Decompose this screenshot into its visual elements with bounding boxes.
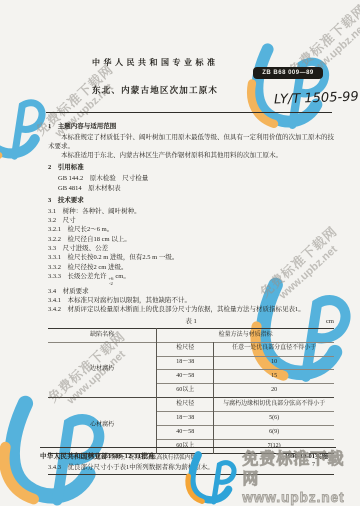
defect-name: 心材腐朽 <box>48 398 157 454</box>
clause-3-2-1: 3.2.1 检尺长2～6 m。 <box>48 225 334 234</box>
table-subheader-row: 心材腐朽 检尺径 与腐朽边缘相切优良部分弦高不得小于 <box>48 398 334 412</box>
section-2-heading: 2 引用标准 <box>48 163 334 172</box>
standard-code-badge: ZB B68 009—89 <box>253 67 323 79</box>
watermark-bottom-text: 免费标准下载网 www.upbz.net <box>242 450 360 506</box>
reference-item: GB 4814 原木材积表 <box>48 184 334 193</box>
watermark-site-url: www.upbz.net <box>242 490 360 506</box>
document-page: 免费标准下载网 www.upbz.net 免费标准下载网 www.upbz.ne… <box>0 0 360 506</box>
header-divider <box>46 112 332 113</box>
criterion-value: 15 <box>214 370 334 384</box>
section-3-heading: 3 技术要求 <box>48 196 334 205</box>
subheader-diameter: 检尺径 <box>157 398 214 412</box>
clause-3-2-2: 3.2.2 检尺径自18 cm 以上。 <box>48 235 334 244</box>
diameter-range: 18～38 <box>157 412 214 426</box>
diameter-range: 40～58 <box>157 370 214 384</box>
criterion-value: 10 <box>214 356 334 370</box>
clause-3-4: 3.4 材质要求 <box>48 287 334 296</box>
watermark-up-logo <box>181 450 238 506</box>
footer-divider <box>40 447 336 448</box>
clause-3-4-1: 3.4.1 本标准只对腐朽加以限制，其他缺陷不计。 <box>48 296 334 305</box>
table-header-row: 缺陷名称 检量方法与材质指标 <box>48 328 334 342</box>
subheader-criterion: 任意一处优良部分直径不得小于 <box>214 342 334 356</box>
criterion-value: 5(6) <box>214 412 334 426</box>
table-caption-row: 表 1 cm <box>48 317 334 326</box>
diameter-range: 40～58 <box>157 425 214 439</box>
table-1: 缺陷名称 检量方法与材质指标 边材腐朽 检尺径 任意一处优良部分直径不得小于 1… <box>48 328 334 454</box>
clause-3-3-2: 3.3.2 检尺径按2 cm 进级。 <box>48 263 334 272</box>
standard-authority-title: 中华人民共和国专业标准 <box>92 57 219 68</box>
diameter-range: 18～38 <box>157 356 214 370</box>
approval-statement: 中华人民共和国林业部1989-12-31批准 <box>40 451 155 460</box>
col-header-defect: 缺陷名称 <box>48 328 157 342</box>
table-subheader-row: 边材腐朽 检尺径 任意一处优良部分直径不得小于 <box>48 342 334 356</box>
clause-3-4-2: 3.4.2 材质评定以检量原木断面上的优良部分尺寸为依据，其检量方法与材质指标见… <box>48 305 334 314</box>
subheader-criterion: 与腐朽边缘相切优良部分弦高不得小于 <box>214 398 334 412</box>
watermark-bottom-right: 免费标准下载网 www.upbz.net <box>181 450 360 506</box>
tolerance-suffix: cm。 <box>115 273 129 280</box>
defect-name: 边材腐朽 <box>48 342 157 398</box>
clause-3-3-1: 3.3.1 检尺长按0.2 m 进级，但有2.5 m 一级。 <box>48 253 334 262</box>
criterion-value: 20 <box>214 384 334 398</box>
tolerance-fraction: +6-2 <box>109 277 114 287</box>
table-caption: 表 1 <box>48 317 310 326</box>
tolerance-lower: -2 <box>109 282 114 287</box>
document-body: 1 主题内容与适用范围 本标准规定了材质低于针、阔叶树加工用原木最低等级、但具有… <box>48 119 334 475</box>
reference-item: GB 144.2 原木检验 尺寸检量 <box>48 174 334 183</box>
col-header-method: 检量方法与材质指标 <box>157 328 334 342</box>
section-1-paragraph: 本标准规定了材质低于针、阔叶树加工用原木最低等级、但具有一定利用价值的次加工原木… <box>48 133 334 152</box>
clause-3-3-3: 3.3.3 长级公差允许+6-2cm。 <box>48 272 334 287</box>
clause-3-2: 3.2 尺寸 <box>48 216 334 225</box>
section-1-heading: 1 主题内容与适用范围 <box>48 122 334 131</box>
subheader-diameter: 检尺径 <box>157 342 214 356</box>
section-1-paragraph: 本标准适用于东北、内蒙古林区生产供作锯材原料和其他用料的次加工原木。 <box>48 151 334 160</box>
criterion-value: 6(9) <box>214 425 334 439</box>
clause-3-3: 3.3 尺寸进级、公差 <box>48 244 334 253</box>
standard-title: 东北、内蒙古地区次加工原木 <box>92 84 218 96</box>
diameter-range: 60以上 <box>157 384 214 398</box>
handwritten-standard-code: LY/T 1505-99 <box>274 90 359 108</box>
clause-3-1: 3.1 树种：各种针、阔叶树种。 <box>48 207 334 216</box>
watermark-site-name: 免费标准下载网 <box>242 450 360 490</box>
table-unit: cm <box>310 317 334 326</box>
tolerance-prefix: 3.3.3 长级公差允许 <box>48 273 107 280</box>
